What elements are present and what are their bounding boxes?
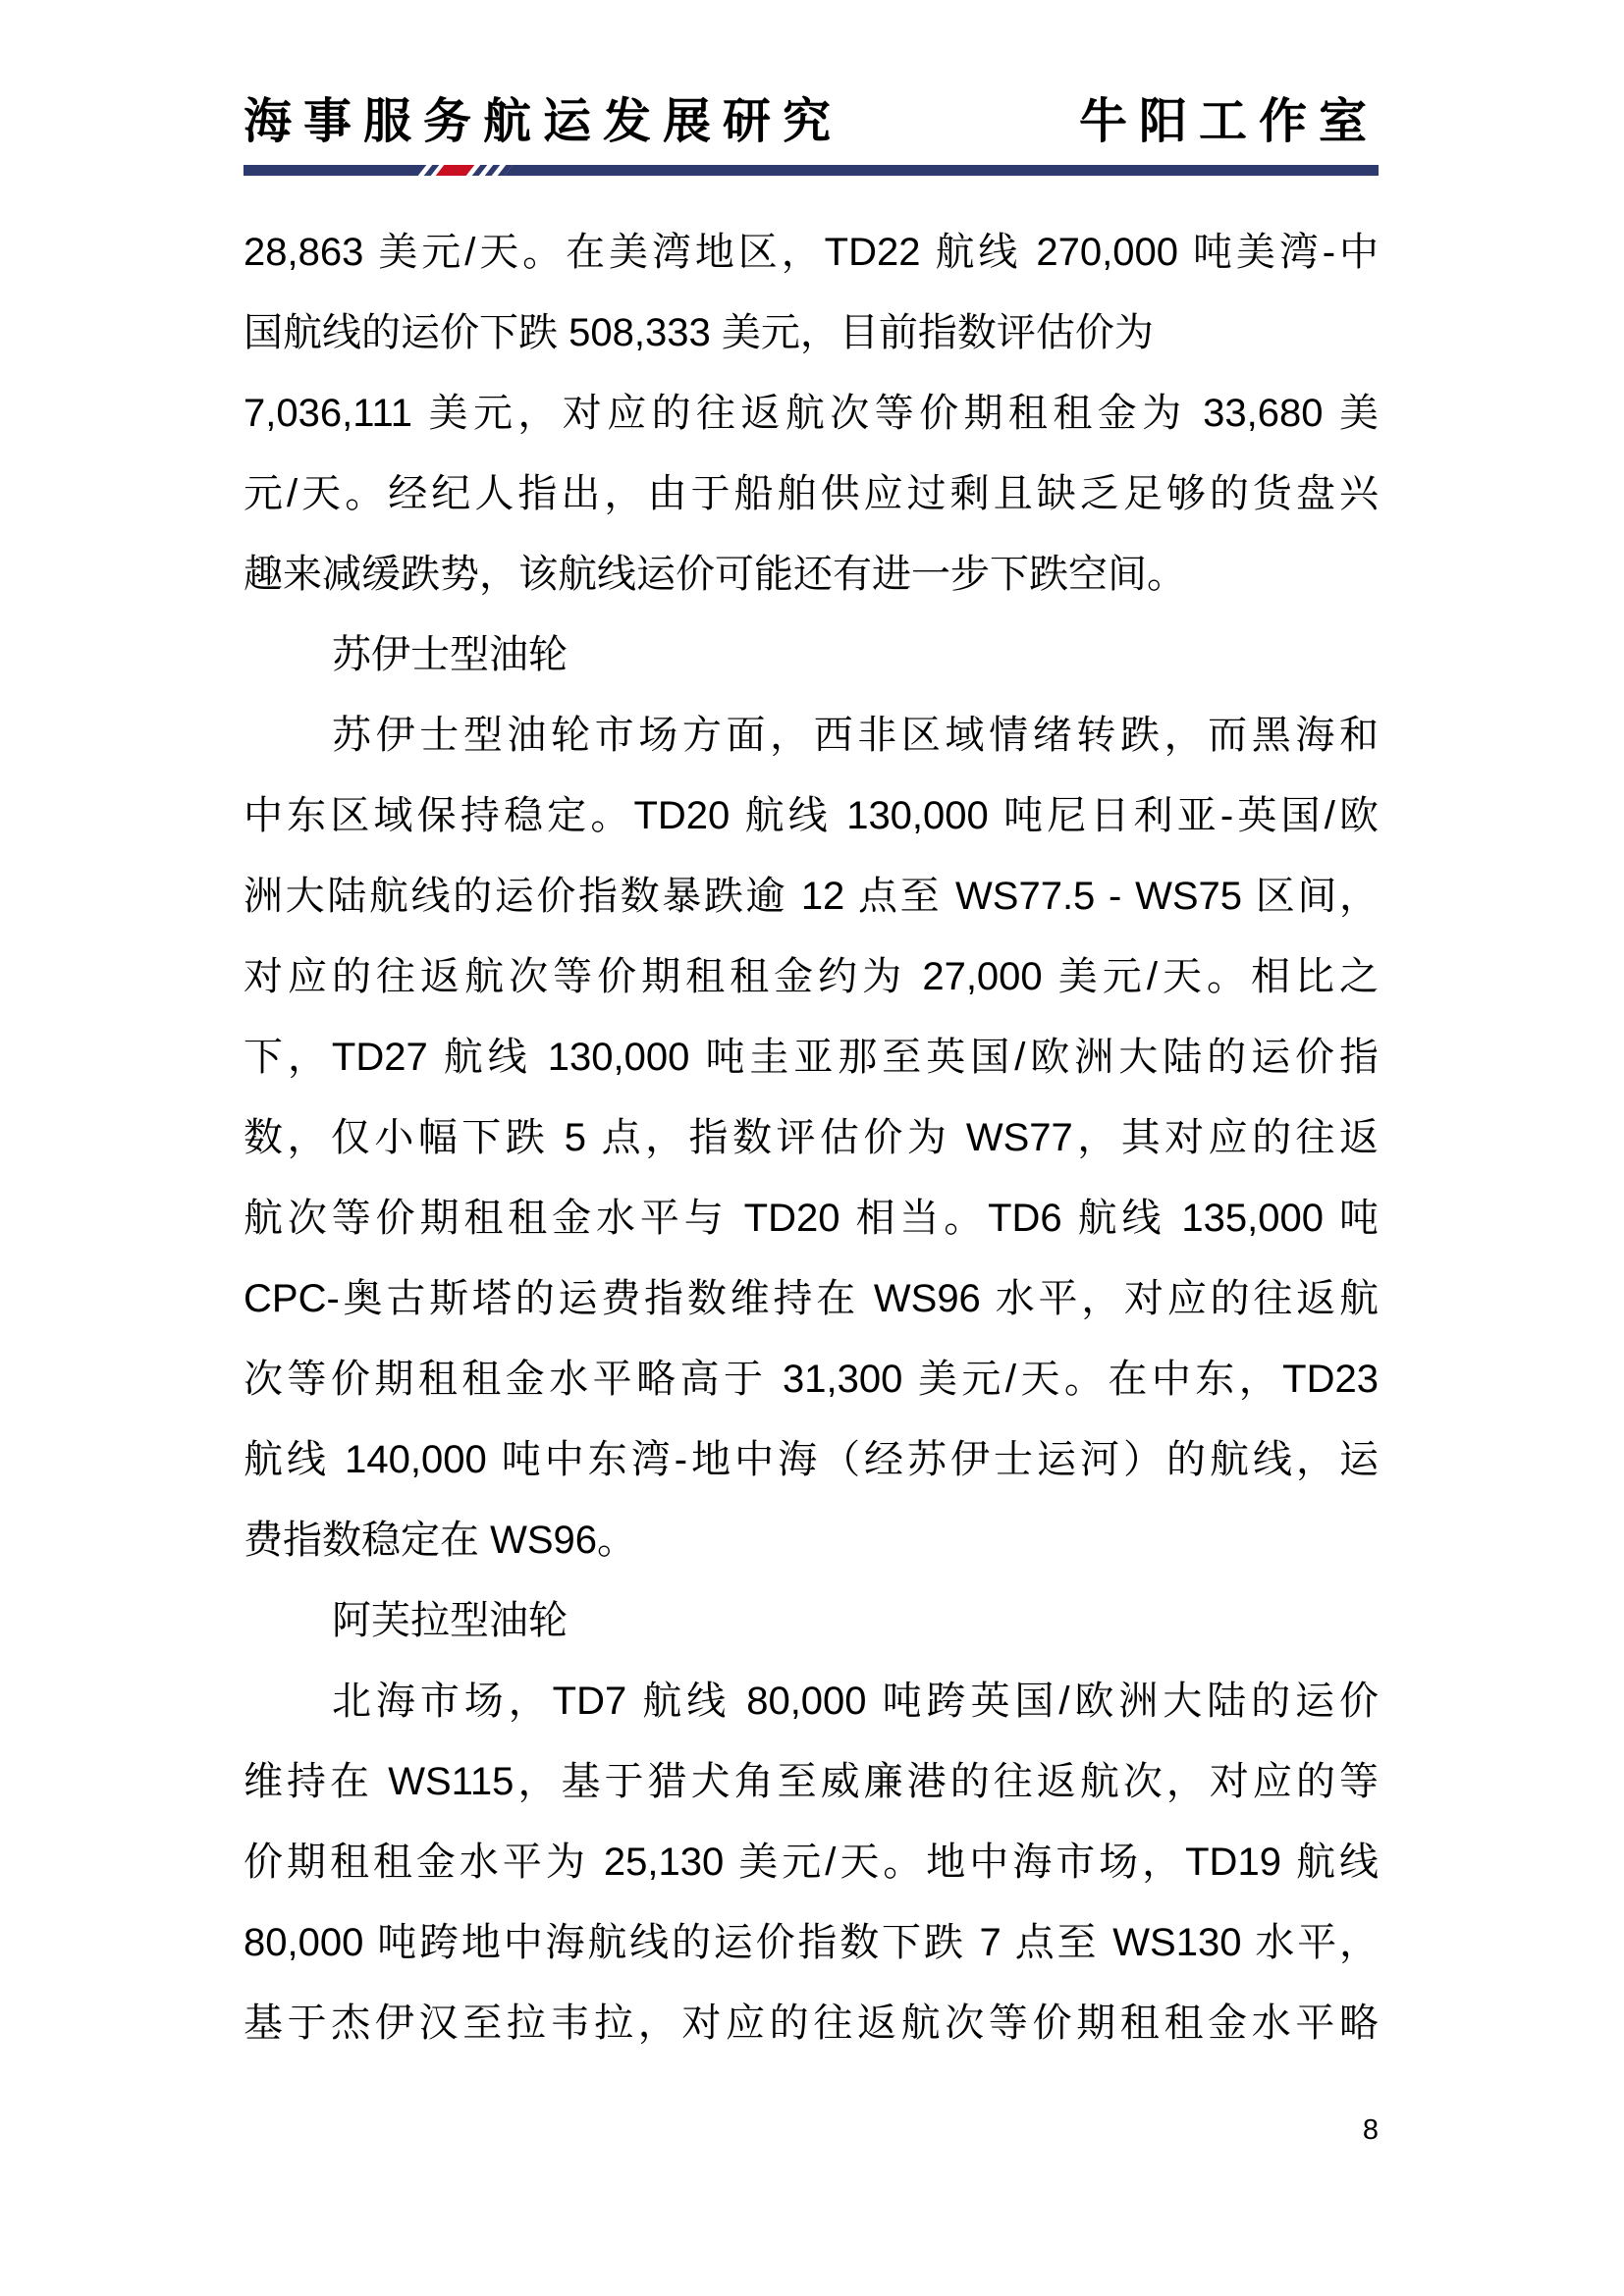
text-line: 费指数稳定在 WS96。	[244, 1500, 1379, 1580]
text-line: 80,000 吨跨地中海航线的运价指数下跌 7 点至 WS130 水平，	[244, 1902, 1379, 1983]
text-line: 维持在 WS115，基于猎犬角至威廉港的往返航次，对应的等	[244, 1741, 1379, 1822]
text-line: 洲大陆航线的运价指数暴跌逾 12 点至 WS77.5 - WS75 区间，	[244, 856, 1379, 936]
text-line: 中东区域保持稳定。TD20 航线 130,000 吨尼日利亚-英国/欧	[244, 775, 1379, 856]
page-number: 8	[1363, 2110, 1379, 2150]
body-text: 28,863 美元/天。在美湾地区，TD22 航线 270,000 吨美湾-中 …	[244, 212, 1379, 2063]
text-line: 元/天。经纪人指出，由于船舶供应过剩且缺乏足够的货盘兴	[244, 454, 1379, 534]
text-line: 数，仅小幅下跌 5 点，指数评估价为 WS77，其对应的往返	[244, 1097, 1379, 1178]
header-divider-rule	[244, 165, 1379, 176]
text-line: 苏伊士型油轮市场方面，西非区域情绪转跌，而黑海和	[244, 695, 1379, 775]
page-header: 海事服务航运发展研究 牛阳工作室	[244, 92, 1379, 151]
divider-red-accent	[436, 165, 475, 176]
text-line: 国航线的运价下跌 508,333 美元，目前指数评估价为	[244, 293, 1379, 373]
text-line: 航线 140,000 吨中东湾-地中海（经苏伊士运河）的航线，运	[244, 1419, 1379, 1500]
text-line: 基于杰伊汉至拉韦拉，对应的往返航次等价期租租金水平略	[244, 1983, 1379, 2063]
text-line: 航次等价期租租金水平与 TD20 相当。TD6 航线 135,000 吨	[244, 1178, 1379, 1258]
section-heading: 苏伊士型油轮	[244, 614, 1379, 695]
divider-stripe-3	[498, 165, 513, 176]
divider-accent-decoration	[418, 165, 514, 176]
text-line: 28,863 美元/天。在美湾地区，TD22 航线 270,000 吨美湾-中	[244, 212, 1379, 293]
text-line: 价期租租金水平为 25,130 美元/天。地中海市场，TD19 航线	[244, 1822, 1379, 1902]
text-line: 下，TD27 航线 130,000 吨圭亚那至英国/欧洲大陆的运价指	[244, 1017, 1379, 1097]
text-line: 7,036,111 美元，对应的往返航次等价期租租金为 33,680 美	[244, 373, 1379, 454]
text-line: CPC-奥古斯塔的运费指数维持在 WS96 水平，对应的往返航	[244, 1258, 1379, 1339]
header-title-left: 海事服务航运发展研究	[244, 92, 842, 151]
text-line: 对应的往返航次等价期租租金约为 27,000 美元/天。相比之	[244, 936, 1379, 1017]
text-line: 趣来减缓跌势，该航线运价可能还有进一步下跌空间。	[244, 534, 1379, 614]
text-line: 次等价期租租金水平略高于 31,300 美元/天。在中东，TD23	[244, 1339, 1379, 1419]
header-title-right: 牛阳工作室	[1079, 92, 1379, 151]
section-heading: 阿芙拉型油轮	[244, 1580, 1379, 1661]
text-line: 北海市场，TD7 航线 80,000 吨跨英国/欧洲大陆的运价	[244, 1661, 1379, 1741]
document-page: 海事服务航运发展研究 牛阳工作室 28,863 美元/天。在美湾地区，TD22 …	[0, 0, 1624, 2296]
